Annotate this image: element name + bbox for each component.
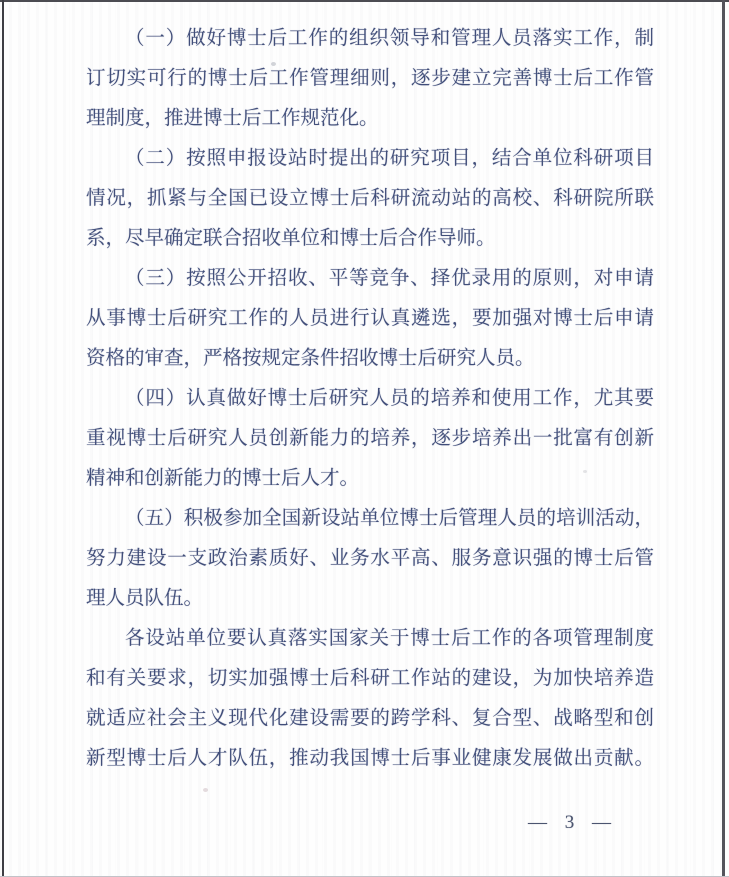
scan-edge-top	[0, 0, 729, 2]
text-line: 新型博士后人才队伍，推动我国博士后事业健康发展做出贡献。	[86, 739, 654, 779]
scan-edge-left	[2, 0, 4, 877]
scanned-document-page: （一）做好博士后工作的组织领导和管理人员落实工作，制订切实可行的博士后工作管理细…	[0, 0, 729, 877]
text-line: 重视博士后研究人员创新能力的培养，逐步培养出一批富有创新	[86, 419, 654, 459]
text-line: （一）做好博士后工作的组织领导和管理人员落实工作，制	[86, 19, 654, 59]
scan-edge-right	[722, 0, 725, 877]
text-line: （三）按照公开招收、平等竞争、择优录用的原则，对申请	[86, 259, 654, 299]
text-line: （五）积极参加全国新设站单位博士后管理人员的培训活动，	[86, 499, 654, 539]
text-line: 资格的审查，严格按规定条件招收博士后研究人员。	[86, 339, 654, 379]
text-line: 情况，抓紧与全国已设立博士后科研流动站的高校、科研院所联	[86, 179, 654, 219]
text-line: 理制度，推进博士后工作规范化。	[86, 99, 654, 139]
page-number: — 3 —	[86, 803, 654, 843]
text-line: 和有关要求，切实加强博士后科研工作站的建设，为加快培养造	[86, 659, 654, 699]
text-line: （二）按照申报设站时提出的研究项目，结合单位科研项目	[86, 139, 654, 179]
scan-speck	[203, 788, 208, 792]
text-line: 精神和创新能力的博士后人才。	[86, 459, 654, 499]
text-line: 系，尽早确定联合招收单位和博士后合作导师。	[86, 219, 654, 259]
text-line: （四）认真做好博士后研究人员的培养和使用工作，尤其要	[86, 379, 654, 419]
text-line: 努力建设一支政治素质好、业务水平高、服务意识强的博士后管	[86, 539, 654, 579]
text-line: 各设站单位要认真落实国家关于博士后工作的各项管理制度	[86, 619, 654, 659]
text-line: 就适应社会主义现代化建设需要的跨学科、复合型、战略型和创	[86, 699, 654, 739]
text-line: 从事博士后研究工作的人员进行认真遴选，要加强对博士后申请	[86, 299, 654, 339]
text-line: 订切实可行的博士后工作管理细则，逐步建立完善博士后工作管	[86, 59, 654, 99]
text-line: 理人员队伍。	[86, 579, 654, 619]
document-body-text: （一）做好博士后工作的组织领导和管理人员落实工作，制订切实可行的博士后工作管理细…	[86, 19, 654, 779]
